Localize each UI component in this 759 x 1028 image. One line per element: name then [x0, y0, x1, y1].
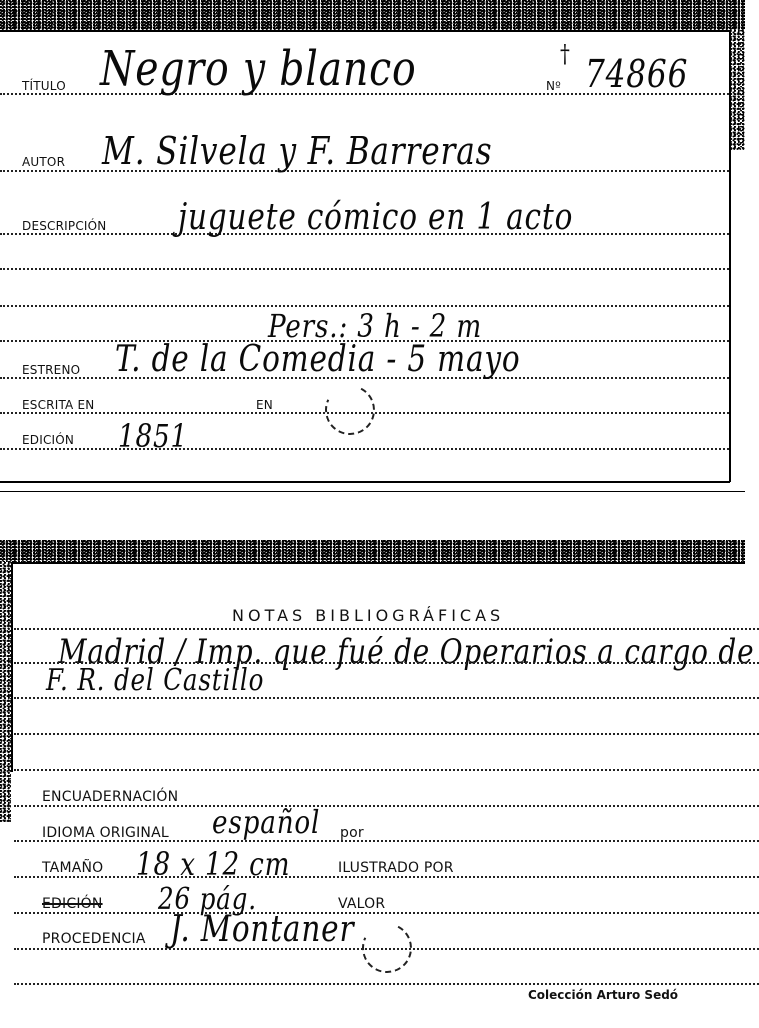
label-edicion-struck: EDICIÓN: [42, 897, 103, 911]
hole-punch: [355, 916, 419, 980]
label-estreno: ESTRENO: [22, 364, 80, 376]
row-notes-1: [14, 628, 759, 630]
catalog-card-front: TÍTULO Negro y blanco Nº † 74866 AUTOR M…: [0, 0, 759, 495]
card-top-border: [0, 30, 732, 32]
value-descripcion: juguete cómico en 1 acto: [178, 200, 573, 236]
row-blank-1: [0, 268, 729, 270]
value-autor: M. Silvela y F. Barreras: [102, 132, 492, 170]
value-estreno: T. de la Comedia - 5 mayo: [115, 342, 521, 378]
row-notes-4: [14, 733, 759, 735]
label-numero: Nº: [546, 80, 561, 92]
label-idioma-original: IDIOMA ORIGINAL: [42, 826, 169, 840]
label-en: EN: [256, 399, 273, 411]
label-titulo: TÍTULO: [22, 80, 66, 92]
label-ilustrado-por: ILUSTRADO POR: [338, 861, 454, 875]
label-descripcion: DESCRIPCIÓN: [22, 220, 106, 232]
personajes-note: Pers.: 3 h - 2 m: [268, 310, 482, 342]
value-numero: 74866: [585, 55, 688, 93]
card-left-border: [11, 562, 13, 772]
label-por: por: [340, 826, 364, 840]
scan-border-top: [0, 540, 745, 562]
row-notes-5: [14, 769, 759, 771]
card-right-border: [729, 30, 731, 482]
label-escrita-en: ESCRITA EN: [22, 399, 94, 411]
label-encuadernacion: ENCUADERNACIÓN: [42, 790, 178, 804]
row-blank-last: [14, 983, 759, 985]
row-tamano: [14, 876, 759, 878]
scan-border-right: [730, 30, 745, 150]
card-separator: [0, 491, 745, 492]
label-procedencia: PROCEDENCIA: [42, 932, 146, 946]
label-edicion: EDICIÓN: [22, 434, 74, 446]
notes-heading: NOTAS BIBLIOGRÁFICAS: [232, 606, 504, 625]
row-notes-3: [14, 697, 759, 699]
row-edicion-back: [14, 912, 759, 914]
collection-credit: Colección Arturo Sedó: [528, 988, 678, 1002]
value-edicion: 1851: [118, 420, 188, 452]
catalog-card-back: NOTAS BIBLIOGRÁFICAS Madrid / Imp. que f…: [0, 540, 759, 1028]
label-tamano: TAMAÑO: [42, 861, 103, 875]
value-tamano: 18 x 12 cm: [136, 848, 290, 880]
row-encuadernacion: [14, 805, 759, 807]
scan-border-top: [0, 0, 745, 30]
label-autor: AUTOR: [22, 156, 65, 168]
row-edicion: [0, 448, 729, 450]
numero-mark: †: [560, 42, 571, 66]
scan-border-left: [0, 562, 11, 822]
card-top-border: [10, 562, 745, 564]
notes-line-2: F. R. del Castillo: [46, 666, 264, 696]
value-procedencia: J. Montaner: [170, 912, 354, 948]
value-idioma-original: español: [212, 806, 320, 838]
hole-punch: [318, 378, 382, 442]
value-titulo: Negro y blanco: [100, 45, 417, 93]
card-bottom-border: [0, 481, 730, 483]
